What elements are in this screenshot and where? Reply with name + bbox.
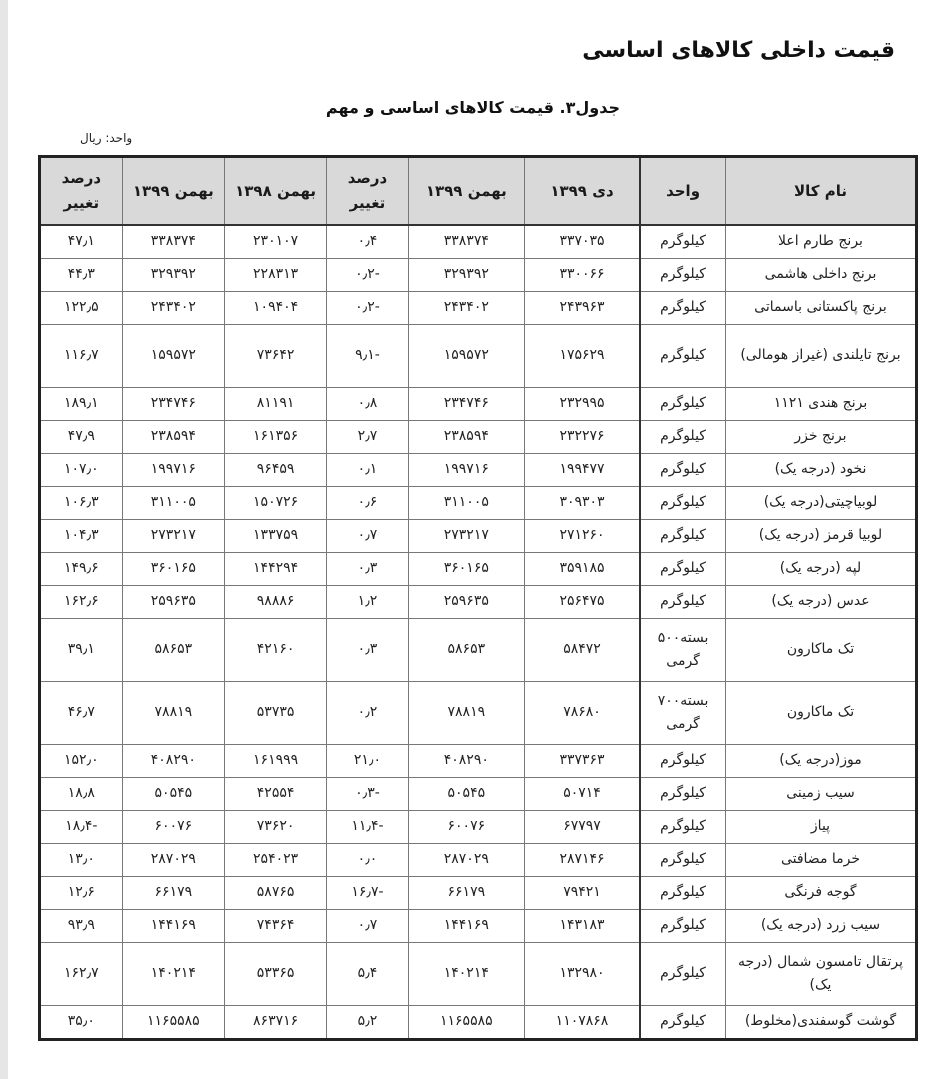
cell-dey-1399: ۱۷۵۶۲۹ <box>524 325 640 388</box>
cell-bahman-1398: ۲۵۴۰۲۳ <box>225 844 327 877</box>
cell-dey-1399: ۶۷۷۹۷ <box>524 811 640 844</box>
cell-name: عدس (درجه یک) <box>726 586 917 619</box>
table-row: برنج پاکستانی باسماتیکیلوگرم۲۴۳۹۶۳۲۴۳۴۰۲… <box>40 292 917 325</box>
cell-bahman-1399-b: ۷۸۸۱۹ <box>122 682 224 745</box>
cell-dey-1399: ۲۳۲۲۷۶ <box>524 421 640 454</box>
cell-name: لوبیا قرمز (درجه یک) <box>726 520 917 553</box>
cell-unit: کیلوگرم <box>640 553 725 586</box>
cell-dey-1399: ۵۸۴۷۲ <box>524 619 640 682</box>
cell-bahman-1398: ۱۴۴۲۹۴ <box>225 553 327 586</box>
cell-unit: کیلوگرم <box>640 454 725 487</box>
header-bahman-1399-b: بهمن ۱۳۹۹ <box>122 157 224 226</box>
cell-bahman-1399: ۷۸۸۱۹ <box>408 682 524 745</box>
header-pct-change-yearly: درصد تغییر <box>40 157 123 226</box>
cell-pct-monthly: ۰٫۱ <box>327 454 409 487</box>
cell-pct-monthly: ۰٫۴ <box>327 225 409 259</box>
header-unit: واحد <box>640 157 725 226</box>
cell-dey-1399: ۷۹۴۲۱ <box>524 877 640 910</box>
table-row: تک ماکارونبسته۵۰۰ گرمی۵۸۴۷۲۵۸۶۵۳۰٫۳۴۲۱۶۰… <box>40 619 917 682</box>
cell-dey-1399: ۵۰۷۱۴ <box>524 778 640 811</box>
cell-bahman-1399: ۶۶۱۷۹ <box>408 877 524 910</box>
cell-pct-yearly: ۴۷٫۹ <box>40 421 123 454</box>
cell-bahman-1399: ۲۷۳۲۱۷ <box>408 520 524 553</box>
cell-pct-yearly: ۱۴۹٫۶ <box>40 553 123 586</box>
cell-bahman-1399: ۵۰۵۴۵ <box>408 778 524 811</box>
cell-dey-1399: ۲۳۲۹۹۵ <box>524 388 640 421</box>
cell-pct-monthly: ۰٫۷ <box>327 910 409 943</box>
cell-bahman-1399: ۳۲۹۳۹۲ <box>408 259 524 292</box>
cell-bahman-1399-b: ۵۸۶۵۳ <box>122 619 224 682</box>
cell-pct-yearly: ۱۰۴٫۳ <box>40 520 123 553</box>
cell-name: برنج پاکستانی باسماتی <box>726 292 917 325</box>
table-row: تک ماکارونبسته۷۰۰ گرمی۷۸۶۸۰۷۸۸۱۹۰٫۲۵۳۷۳۵… <box>40 682 917 745</box>
cell-pct-monthly: ۰٫۲ <box>327 682 409 745</box>
cell-bahman-1399-b: ۲۷۳۲۱۷ <box>122 520 224 553</box>
table-row: لپه (درجه یک)کیلوگرم۳۵۹۱۸۵۳۶۰۱۶۵۰٫۳۱۴۴۲۹… <box>40 553 917 586</box>
cell-unit: کیلوگرم <box>640 325 725 388</box>
cell-name: برنج خزر <box>726 421 917 454</box>
cell-bahman-1398: ۷۴۳۶۴ <box>225 910 327 943</box>
cell-name: برنج داخلی هاشمی <box>726 259 917 292</box>
cell-bahman-1398: ۸۶۳۷۱۶ <box>225 1006 327 1040</box>
header-bahman-1398: بهمن ۱۳۹۸ <box>225 157 327 226</box>
cell-name: سیب زرد (درجه یک) <box>726 910 917 943</box>
cell-name: موز(درجه یک) <box>726 745 917 778</box>
cell-pct-monthly: ۵٫۴ <box>327 943 409 1006</box>
cell-name: سیب زمینی <box>726 778 917 811</box>
cell-bahman-1399: ۲۵۹۶۳۵ <box>408 586 524 619</box>
cell-bahman-1399-b: ۳۲۹۳۹۲ <box>122 259 224 292</box>
cell-bahman-1399: ۱۱۶۵۵۸۵ <box>408 1006 524 1040</box>
cell-bahman-1398: ۲۲۸۳۱۳ <box>225 259 327 292</box>
cell-dey-1399: ۳۳۷۰۳۵ <box>524 225 640 259</box>
cell-unit: بسته۵۰۰ گرمی <box>640 619 725 682</box>
cell-bahman-1399-b: ۲۴۳۴۰۲ <box>122 292 224 325</box>
cell-bahman-1399: ۲۳۸۵۹۴ <box>408 421 524 454</box>
cell-bahman-1399: ۳۳۸۳۷۴ <box>408 225 524 259</box>
cell-unit: کیلوگرم <box>640 421 725 454</box>
table-row: برنج خزرکیلوگرم۲۳۲۲۷۶۲۳۸۵۹۴۲٫۷۱۶۱۳۵۶۲۳۸۵… <box>40 421 917 454</box>
cell-dey-1399: ۲۴۳۹۶۳ <box>524 292 640 325</box>
cell-unit: کیلوگرم <box>640 877 725 910</box>
cell-bahman-1399: ۱۴۰۲۱۴ <box>408 943 524 1006</box>
cell-bahman-1398: ۹۸۸۸۶ <box>225 586 327 619</box>
cell-bahman-1398: ۷۳۶۴۲ <box>225 325 327 388</box>
cell-unit: کیلوگرم <box>640 943 725 1006</box>
cell-bahman-1398: ۲۳۰۱۰۷ <box>225 225 327 259</box>
header-name: نام کالا <box>726 157 917 226</box>
cell-unit: کیلوگرم <box>640 292 725 325</box>
cell-unit: کیلوگرم <box>640 1006 725 1040</box>
table-row: پیازکیلوگرم۶۷۷۹۷۶۰۰۷۶-۱۱٫۴۷۳۶۲۰۶۰۰۷۶-۱۸٫… <box>40 811 917 844</box>
cell-bahman-1399-b: ۱۱۶۵۵۸۵ <box>122 1006 224 1040</box>
unit-note: واحد: ریال <box>80 131 132 145</box>
cell-pct-monthly: ۰٫۶ <box>327 487 409 520</box>
cell-pct-monthly: ۰٫۳ <box>327 619 409 682</box>
cell-unit: کیلوگرم <box>640 388 725 421</box>
cell-bahman-1399: ۴۰۸۲۹۰ <box>408 745 524 778</box>
cell-bahman-1398: ۷۳۶۲۰ <box>225 811 327 844</box>
cell-name: پرتقال تامسون شمال (درجه یک) <box>726 943 917 1006</box>
cell-bahman-1398: ۱۵۰۷۲۶ <box>225 487 327 520</box>
table-row: برنج هندی ۱۱۲۱کیلوگرم۲۳۲۹۹۵۲۳۴۷۴۶۰٫۸۸۱۱۹… <box>40 388 917 421</box>
cell-dey-1399: ۱۹۹۴۷۷ <box>524 454 640 487</box>
page-heading: قیمت داخلی کالاهای اساسی <box>582 38 895 63</box>
cell-pct-yearly: ۳۹٫۱ <box>40 619 123 682</box>
cell-pct-monthly: ۰٫۷ <box>327 520 409 553</box>
cell-bahman-1398: ۴۲۵۵۴ <box>225 778 327 811</box>
cell-pct-yearly: ۱۶۲٫۶ <box>40 586 123 619</box>
table-row: برنج طارم اعلاکیلوگرم۳۳۷۰۳۵۳۳۸۳۷۴۰٫۴۲۳۰۱… <box>40 225 917 259</box>
cell-name: گوجه فرنگی <box>726 877 917 910</box>
cell-pct-yearly: ۱۵۲٫۰ <box>40 745 123 778</box>
cell-bahman-1399: ۱۹۹۷۱۶ <box>408 454 524 487</box>
cell-pct-monthly: ۰٫۰ <box>327 844 409 877</box>
cell-bahman-1399-b: ۲۸۷۰۲۹ <box>122 844 224 877</box>
cell-bahman-1399-b: ۲۵۹۶۳۵ <box>122 586 224 619</box>
cell-bahman-1399-b: ۱۴۰۲۱۴ <box>122 943 224 1006</box>
cell-pct-yearly: -۱۸٫۴ <box>40 811 123 844</box>
cell-pct-yearly: ۱۱۶٫۷ <box>40 325 123 388</box>
cell-unit: کیلوگرم <box>640 778 725 811</box>
cell-pct-monthly: ۰٫۸ <box>327 388 409 421</box>
table-row: برنج تایلندی (غیراز هومالی)کیلوگرم۱۷۵۶۲۹… <box>40 325 917 388</box>
cell-unit: کیلوگرم <box>640 586 725 619</box>
cell-pct-yearly: ۴۶٫۷ <box>40 682 123 745</box>
cell-unit: کیلوگرم <box>640 844 725 877</box>
table-row: عدس (درجه یک)کیلوگرم۲۵۶۴۷۵۲۵۹۶۳۵۱٫۲۹۸۸۸۶… <box>40 586 917 619</box>
cell-unit: کیلوگرم <box>640 259 725 292</box>
table-row: خرما مضافتیکیلوگرم۲۸۷۱۴۶۲۸۷۰۲۹۰٫۰۲۵۴۰۲۳۲… <box>40 844 917 877</box>
cell-pct-yearly: ۴۴٫۳ <box>40 259 123 292</box>
cell-bahman-1398: ۵۳۷۳۵ <box>225 682 327 745</box>
cell-pct-monthly: -۱۶٫۷ <box>327 877 409 910</box>
cell-bahman-1399-b: ۵۰۵۴۵ <box>122 778 224 811</box>
cell-dey-1399: ۱۴۳۱۸۳ <box>524 910 640 943</box>
cell-name: تک ماکارون <box>726 682 917 745</box>
cell-bahman-1399: ۳۱۱۰۰۵ <box>408 487 524 520</box>
cell-bahman-1399: ۲۴۳۴۰۲ <box>408 292 524 325</box>
table-row: برنج داخلی هاشمیکیلوگرم۳۳۰۰۶۶۳۲۹۳۹۲-۰٫۲۲… <box>40 259 917 292</box>
cell-bahman-1399-b: ۳۱۱۰۰۵ <box>122 487 224 520</box>
cell-name: لوبیاچیتی(درجه یک) <box>726 487 917 520</box>
cell-pct-monthly: ۱٫۲ <box>327 586 409 619</box>
cell-unit: کیلوگرم <box>640 910 725 943</box>
cell-bahman-1399-b: ۲۳۴۷۴۶ <box>122 388 224 421</box>
cell-name: گوشت گوسفندی(مخلوط) <box>726 1006 917 1040</box>
cell-pct-monthly: -۰٫۳ <box>327 778 409 811</box>
table-row: لوبیاچیتی(درجه یک)کیلوگرم۳۰۹۳۰۳۳۱۱۰۰۵۰٫۶… <box>40 487 917 520</box>
cell-pct-yearly: ۱۳٫۰ <box>40 844 123 877</box>
cell-dey-1399: ۲۸۷۱۴۶ <box>524 844 640 877</box>
cell-pct-yearly: ۱۸۹٫۱ <box>40 388 123 421</box>
cell-bahman-1399-b: ۶۰۰۷۶ <box>122 811 224 844</box>
cell-name: برنج تایلندی (غیراز هومالی) <box>726 325 917 388</box>
table-row: نخود (درجه یک)کیلوگرم۱۹۹۴۷۷۱۹۹۷۱۶۰٫۱۹۶۴۵… <box>40 454 917 487</box>
cell-pct-yearly: ۱۶۲٫۷ <box>40 943 123 1006</box>
cell-unit: کیلوگرم <box>640 745 725 778</box>
cell-name: برنج طارم اعلا <box>726 225 917 259</box>
cell-name: تک ماکارون <box>726 619 917 682</box>
cell-pct-yearly: ۳۵٫۰ <box>40 1006 123 1040</box>
cell-bahman-1398: ۴۲۱۶۰ <box>225 619 327 682</box>
cell-pct-monthly: -۰٫۲ <box>327 292 409 325</box>
cell-bahman-1399-b: ۱۵۹۵۷۲ <box>122 325 224 388</box>
cell-pct-monthly: -۱۱٫۴ <box>327 811 409 844</box>
cell-bahman-1399: ۵۸۶۵۳ <box>408 619 524 682</box>
cell-dey-1399: ۱۳۲۹۸۰ <box>524 943 640 1006</box>
cell-bahman-1399: ۳۶۰۱۶۵ <box>408 553 524 586</box>
cell-pct-monthly: ۵٫۲ <box>327 1006 409 1040</box>
cell-bahman-1399-b: ۲۳۸۵۹۴ <box>122 421 224 454</box>
header-pct-change-monthly: درصد تغییر <box>327 157 409 226</box>
cell-pct-yearly: ۴۷٫۱ <box>40 225 123 259</box>
cell-bahman-1398: ۱۳۳۷۵۹ <box>225 520 327 553</box>
table-row: پرتقال تامسون شمال (درجه یک)کیلوگرم۱۳۲۹۸… <box>40 943 917 1006</box>
cell-dey-1399: ۳۳۰۰۶۶ <box>524 259 640 292</box>
cell-name: برنج هندی ۱۱۲۱ <box>726 388 917 421</box>
cell-pct-yearly: ۱۲۲٫۵ <box>40 292 123 325</box>
cell-bahman-1399-b: ۱۹۹۷۱۶ <box>122 454 224 487</box>
cell-bahman-1399-b: ۳۳۸۳۷۴ <box>122 225 224 259</box>
table-row: گوجه فرنگیکیلوگرم۷۹۴۲۱۶۶۱۷۹-۱۶٫۷۵۸۷۶۵۶۶۱… <box>40 877 917 910</box>
header-dey-1399: دی ۱۳۹۹ <box>524 157 640 226</box>
cell-bahman-1399-b: ۳۶۰۱۶۵ <box>122 553 224 586</box>
cell-dey-1399: ۳۰۹۳۰۳ <box>524 487 640 520</box>
cell-bahman-1398: ۵۸۷۶۵ <box>225 877 327 910</box>
cell-unit: کیلوگرم <box>640 520 725 553</box>
cell-dey-1399: ۷۸۶۸۰ <box>524 682 640 745</box>
table-caption: جدول۳. قیمت کالاهای اساسی و مهم <box>330 98 620 117</box>
cell-dey-1399: ۳۳۷۳۶۳ <box>524 745 640 778</box>
table-row: گوشت گوسفندی(مخلوط)کیلوگرم۱۱۰۷۸۶۸۱۱۶۵۵۸۵… <box>40 1006 917 1040</box>
cell-name: پیاز <box>726 811 917 844</box>
cell-pct-monthly: ۰٫۳ <box>327 553 409 586</box>
cell-dey-1399: ۲۷۱۲۶۰ <box>524 520 640 553</box>
cell-bahman-1399: ۱۵۹۵۷۲ <box>408 325 524 388</box>
cell-bahman-1398: ۵۳۳۶۵ <box>225 943 327 1006</box>
table-row: موز(درجه یک)کیلوگرم۳۳۷۳۶۳۴۰۸۲۹۰۲۱٫۰۱۶۱۹۹… <box>40 745 917 778</box>
cell-bahman-1399: ۶۰۰۷۶ <box>408 811 524 844</box>
cell-bahman-1398: ۸۱۱۹۱ <box>225 388 327 421</box>
cell-bahman-1398: ۱۰۹۴۰۴ <box>225 292 327 325</box>
header-bahman-1399: بهمن ۱۳۹۹ <box>408 157 524 226</box>
cell-pct-yearly: ۱۰۶٫۳ <box>40 487 123 520</box>
left-edge-strip <box>0 0 8 1079</box>
cell-bahman-1398: ۹۶۴۵۹ <box>225 454 327 487</box>
price-table: نام کالا واحد دی ۱۳۹۹ بهمن ۱۳۹۹ درصد تغی… <box>38 155 918 1041</box>
cell-name: لپه (درجه یک) <box>726 553 917 586</box>
cell-dey-1399: ۳۵۹۱۸۵ <box>524 553 640 586</box>
cell-name: خرما مضافتی <box>726 844 917 877</box>
cell-unit: کیلوگرم <box>640 487 725 520</box>
table-body: برنج طارم اعلاکیلوگرم۳۳۷۰۳۵۳۳۸۳۷۴۰٫۴۲۳۰۱… <box>40 225 917 1040</box>
cell-pct-monthly: ۲۱٫۰ <box>327 745 409 778</box>
cell-pct-monthly: -۹٫۱ <box>327 325 409 388</box>
cell-dey-1399: ۱۱۰۷۸۶۸ <box>524 1006 640 1040</box>
cell-bahman-1399-b: ۶۶۱۷۹ <box>122 877 224 910</box>
cell-pct-yearly: ۱۲٫۶ <box>40 877 123 910</box>
cell-unit: کیلوگرم <box>640 225 725 259</box>
cell-bahman-1398: ۱۶۱۳۵۶ <box>225 421 327 454</box>
cell-pct-yearly: ۹۳٫۹ <box>40 910 123 943</box>
cell-pct-monthly: ۲٫۷ <box>327 421 409 454</box>
table-row: سیب زرد (درجه یک)کیلوگرم۱۴۳۱۸۳۱۴۴۱۶۹۰٫۷۷… <box>40 910 917 943</box>
cell-pct-yearly: ۱۸٫۸ <box>40 778 123 811</box>
cell-unit: کیلوگرم <box>640 811 725 844</box>
cell-dey-1399: ۲۵۶۴۷۵ <box>524 586 640 619</box>
cell-bahman-1399-b: ۴۰۸۲۹۰ <box>122 745 224 778</box>
cell-pct-monthly: -۰٫۲ <box>327 259 409 292</box>
cell-unit: بسته۷۰۰ گرمی <box>640 682 725 745</box>
table-header-row: نام کالا واحد دی ۱۳۹۹ بهمن ۱۳۹۹ درصد تغی… <box>40 157 917 226</box>
cell-bahman-1399: ۲۳۴۷۴۶ <box>408 388 524 421</box>
cell-pct-yearly: ۱۰۷٫۰ <box>40 454 123 487</box>
cell-bahman-1399: ۱۴۴۱۶۹ <box>408 910 524 943</box>
cell-bahman-1399: ۲۸۷۰۲۹ <box>408 844 524 877</box>
cell-bahman-1398: ۱۶۱۹۹۹ <box>225 745 327 778</box>
table-row: لوبیا قرمز (درجه یک)کیلوگرم۲۷۱۲۶۰۲۷۳۲۱۷۰… <box>40 520 917 553</box>
cell-name: نخود (درجه یک) <box>726 454 917 487</box>
cell-bahman-1399-b: ۱۴۴۱۶۹ <box>122 910 224 943</box>
table-row: سیب زمینیکیلوگرم۵۰۷۱۴۵۰۵۴۵-۰٫۳۴۲۵۵۴۵۰۵۴۵… <box>40 778 917 811</box>
